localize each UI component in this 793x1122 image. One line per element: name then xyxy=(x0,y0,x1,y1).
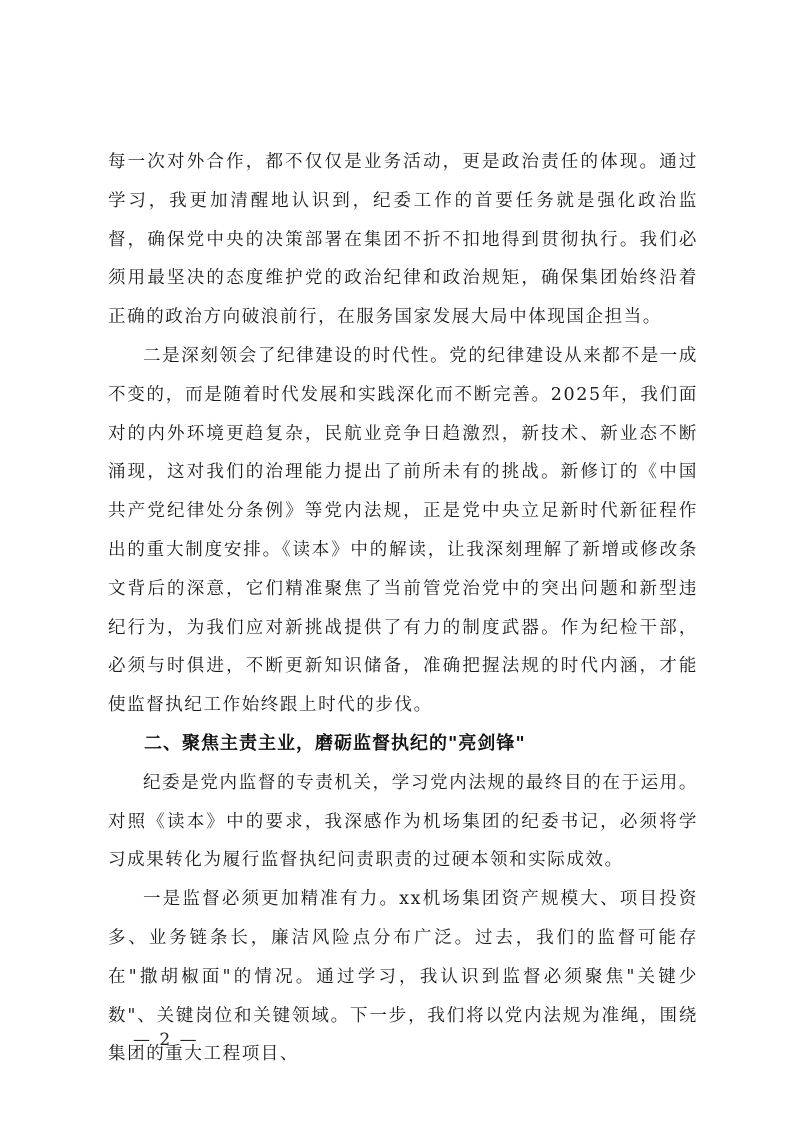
document-body: 每一次对外合作，都不仅仅是业务活动，更是政治责任的体现。通过学习，我更加清醒地认… xyxy=(108,143,698,1074)
document-page: 每一次对外合作，都不仅仅是业务活动，更是政治责任的体现。通过学习，我更加清醒地认… xyxy=(0,0,793,1122)
paragraph-discipline-era: 二是深刻领会了纪律建设的时代性。党的纪律建设从来都不是一成不变的，而是随着时代发… xyxy=(108,337,698,725)
paragraph-commission-role: 纪委是党内监督的专责机关，学习党内法规的最终目的在于运用。对照《读本》中的要求，… xyxy=(108,764,698,880)
section-heading: 二、聚焦主责主业，磨砺监督执纪的"亮剑锋" xyxy=(108,725,698,764)
paragraph-continuation: 每一次对外合作，都不仅仅是业务活动，更是政治责任的体现。通过学习，我更加清醒地认… xyxy=(108,143,698,337)
page-number: — 2 — xyxy=(133,1030,199,1050)
